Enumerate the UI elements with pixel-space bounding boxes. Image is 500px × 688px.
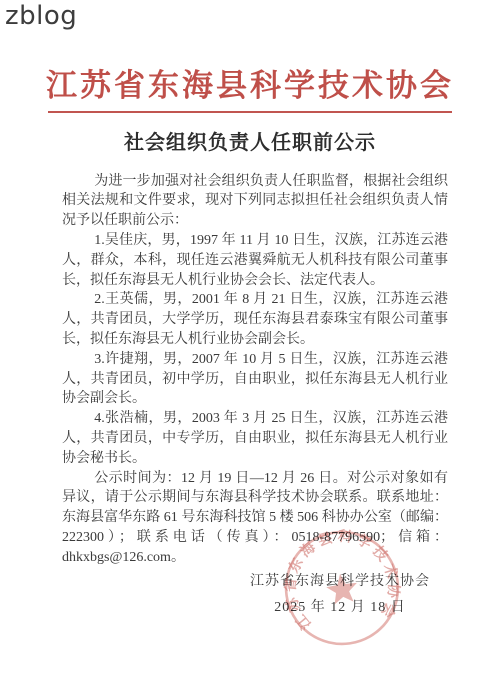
intro-paragraph: 为进一步加强对社会组织负责人任职监督，根据社会组织相关法规和文件要求，现对下列同… <box>62 172 448 231</box>
red-divider <box>48 111 452 113</box>
document-title: 社会组织负责人任职前公示 <box>0 126 500 155</box>
signature-date: 2025 年 12 月 18 日 <box>250 598 430 618</box>
signature-organization: 江苏省东海县科学技术协会 <box>250 572 430 592</box>
candidate-1-paragraph: 1.吴佳庆，男，1997 年 11 月 10 日生，汉族，江苏连云港人，群众，本… <box>62 231 448 290</box>
candidate-2-paragraph: 2.王英儒，男，2001 年 8 月 21 日生，汉族，江苏连云港人，共青团员，… <box>62 290 448 349</box>
candidate-3-paragraph: 3.许捷翔，男，2007 年 10 月 5 日生，汉族，江苏连云港人，共青团员，… <box>62 350 448 409</box>
signature-block: 江苏省东海县科学技术协会 2025 年 12 月 18 日 <box>250 572 430 618</box>
document-body: 为进一步加强对社会组织负责人任职监督，根据社会组织相关法规和文件要求，现对下列同… <box>62 172 448 568</box>
contact-paragraph: 公示时间为：12 月 19 日—12 月 26 日。对公示对象如有异议，请于公示… <box>62 469 448 568</box>
organization-title: 江苏省东海县科学技术协会 <box>20 68 480 104</box>
document-page: zblog 江苏省东海县科学技术协会 社会组织负责人任职前公示 为进一步加强对社… <box>0 0 500 688</box>
candidate-4-paragraph: 4.张浩楠，男，2003 年 3 月 25 日生，汉族，江苏连云港人，共青团员，… <box>62 409 448 468</box>
zblog-watermark: zblog <box>5 1 77 31</box>
